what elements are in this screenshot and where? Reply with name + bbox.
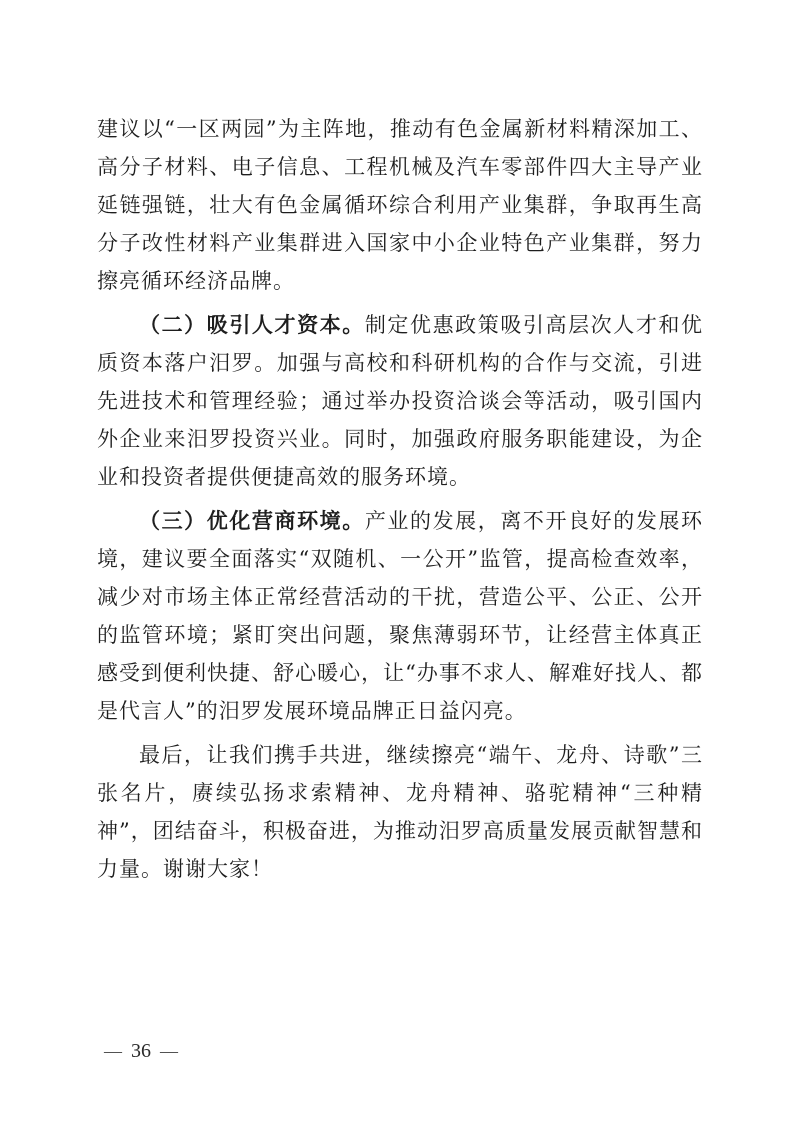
body-paragraph: （二）吸引人才资本。制定优惠政策吸引高层次人才和优质资本落户汨罗。加强与高校和科… [97,306,703,496]
body-paragraph: 建议以“一区两园”为主阵地，推动有色金属新材料精深加工、高分子材料、电子信息、工… [97,110,703,300]
footer-dash-left: — [104,1039,122,1063]
paragraph-text: 最后，让我们携手共进，继续擦亮“端午、龙舟、诗歌”三张名片，赓续弘扬求索精神、龙… [97,743,703,881]
paragraph-text: 制定优惠政策吸引高层次人才和优质资本落户汨罗。加强与高校和科研机构的合作与交流，… [97,313,703,489]
document-page: 建议以“一区两园”为主阵地，推动有色金属新材料精深加工、高分子材料、电子信息、工… [0,0,793,1122]
paragraph-text: 产业的发展，离不开良好的发展环境，建议要全面落实“双随机、一公开”监管，提高检查… [97,509,703,723]
document-body: 建议以“一区两园”为主阵地，推动有色金属新材料精深加工、高分子材料、电子信息、工… [97,110,703,894]
paragraph-heading: （三）优化营商环境。 [139,508,365,533]
footer-dash-right: — [160,1039,178,1063]
body-paragraph: 最后，让我们携手共进，继续擦亮“端午、龙舟、诗歌”三张名片，赓续弘扬求索精神、龙… [97,736,703,888]
paragraph-heading: （二）吸引人才资本。 [139,312,365,337]
page-number: 36 [131,1039,151,1063]
paragraph-text: 建议以“一区两园”为主阵地，推动有色金属新材料精深加工、高分子材料、电子信息、工… [97,117,703,293]
body-paragraph: （三）优化营商环境。产业的发展，离不开良好的发展环境，建议要全面落实“双随机、一… [97,502,703,730]
page-footer: — 36 — [104,1039,178,1063]
